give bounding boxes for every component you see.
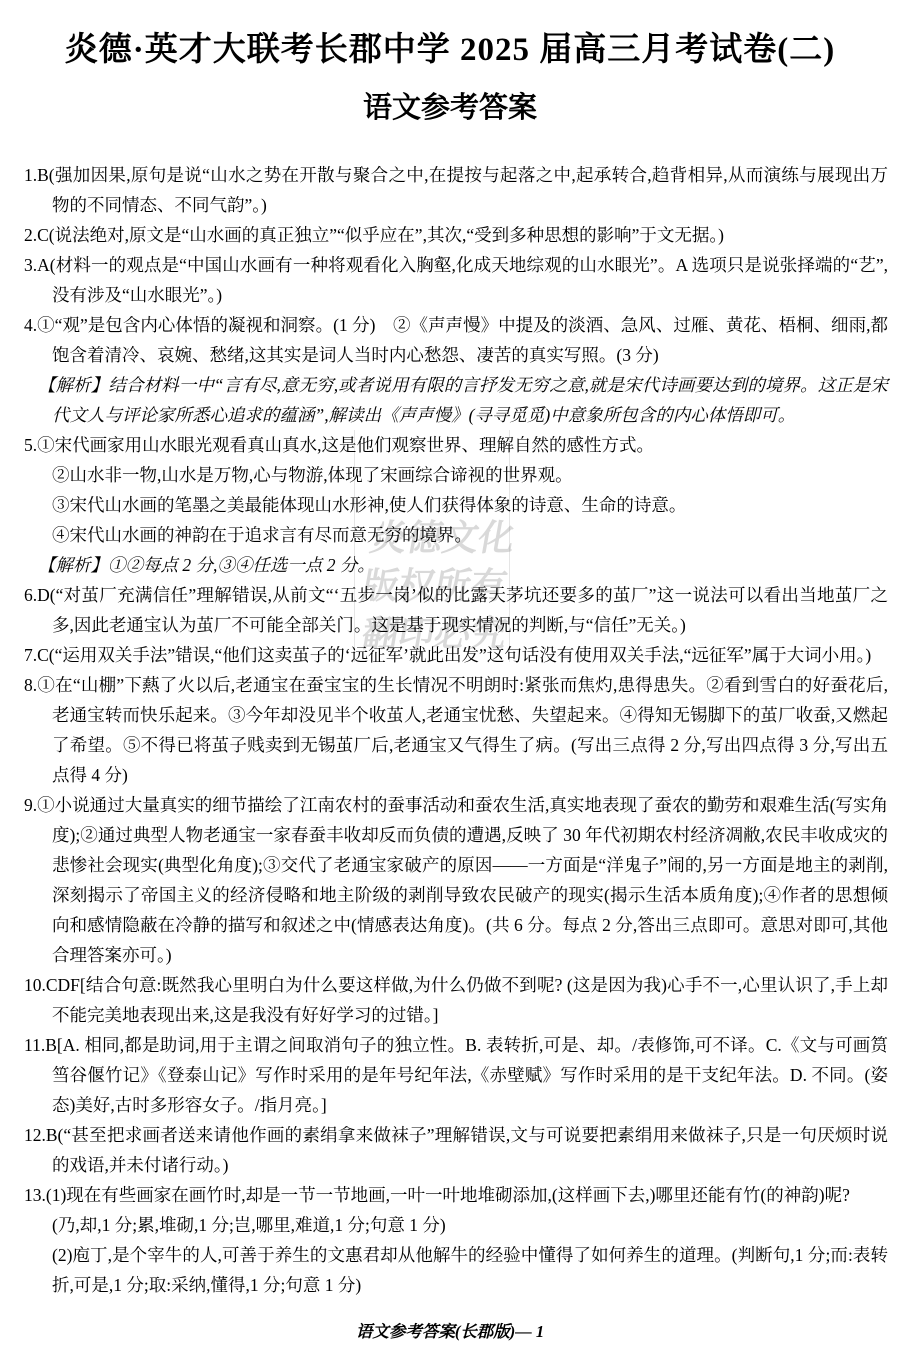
answer-item-13-part-1-scoring: (乃,却,1 分;累,堆砌,1 分;岂,哪里,难道,1 分;句意 1 分) xyxy=(12,1210,888,1240)
answer-item-5-analysis: 【解析】①②每点 2 分,③④任选一点 2 分。 xyxy=(12,550,888,580)
answer-key-heading: 语文参考答案 xyxy=(0,90,900,126)
answer-item-9: 9.①小说通过大量真实的细节描绘了江南农村的蚕事活动和蚕农生活,真实地表现了蚕农… xyxy=(12,790,888,970)
page-footer: 语文参考答案(长郡版)— 1 xyxy=(0,1318,900,1342)
answer-item-11: 11.B[A. 相同,都是助词,用于主谓之间取消句子的独立性。B. 表转折,可是… xyxy=(12,1030,888,1120)
exam-title: 炎德·英才大联考长郡中学 2025 届高三月考试卷(二) xyxy=(10,30,890,70)
answer-item-5-point-4: ④宋代山水画的神韵在于追求言有尽而意无穷的境界。 xyxy=(12,520,888,550)
answer-item-1: 1.B(强加因果,原句是说“山水之势在开散与聚合之中,在提按与起落之中,起承转合… xyxy=(12,160,888,220)
answer-item-3: 3.A(材料一的观点是“中国山水画有一种将观看化入胸壑,化成天地综观的山水眼光”… xyxy=(12,250,888,310)
answer-item-13-part-2: (2)庖丁,是个宰牛的人,可善于养生的文惠君却从他解牛的经验中懂得了如何养生的道… xyxy=(12,1240,888,1300)
answers-body: 1.B(强加因果,原句是说“山水之势在开散与聚合之中,在提按与起落之中,起承转合… xyxy=(12,160,888,1300)
answer-item-2: 2.C(说法绝对,原文是“山水画的真正独立”“似乎应在”,其次,“受到多种思想的… xyxy=(12,220,888,250)
answer-item-8: 8.①在“山棚”下爇了火以后,老通宝在蚕宝宝的生长情况不明朗时:紧张而焦灼,患得… xyxy=(12,670,888,790)
answer-item-6: 6.D(“对茧厂充满信任”理解错误,从前文“‘五步一岗’似的比露天茅坑还要多的茧… xyxy=(12,580,888,640)
answer-item-5-point-2: ②山水非一物,山水是万物,心与物游,体现了宋画综合谛视的世界观。 xyxy=(12,460,888,490)
answer-item-12: 12.B(“甚至把求画者送来请他作画的素绢拿来做袜子”理解错误,文与可说要把素绢… xyxy=(12,1120,888,1180)
answer-item-4-analysis: 【解析】结合材料一中“言有尽,意无穷,或者说用有限的言抒发无穷之意,就是宋代诗画… xyxy=(12,370,888,430)
answer-item-5-point-1: 5.①宋代画家用山水眼光观看真山真水,这是他们观察世界、理解自然的感性方式。 xyxy=(12,430,888,460)
answer-item-10: 10.CDF[结合句意:既然我心里明白为什么要这样做,为什么仍做不到呢? (这是… xyxy=(12,970,888,1030)
answer-item-13-part-1: 13.(1)现在有些画家在画竹时,却是一节一节地画,一叶一叶地堆砌添加,(这样画… xyxy=(12,1180,888,1210)
answer-item-4: 4.①“观”是包含内心体悟的凝视和洞察。(1 分) ②《声声慢》中提及的淡酒、急… xyxy=(12,310,888,370)
answer-item-5-point-3: ③宋代山水画的笔墨之美最能体现山水形神,使人们获得体象的诗意、生命的诗意。 xyxy=(12,490,888,520)
answer-item-7: 7.C(“运用双关手法”错误,“他们这卖茧子的‘远征军’就此出发”这句话没有使用… xyxy=(12,640,888,670)
